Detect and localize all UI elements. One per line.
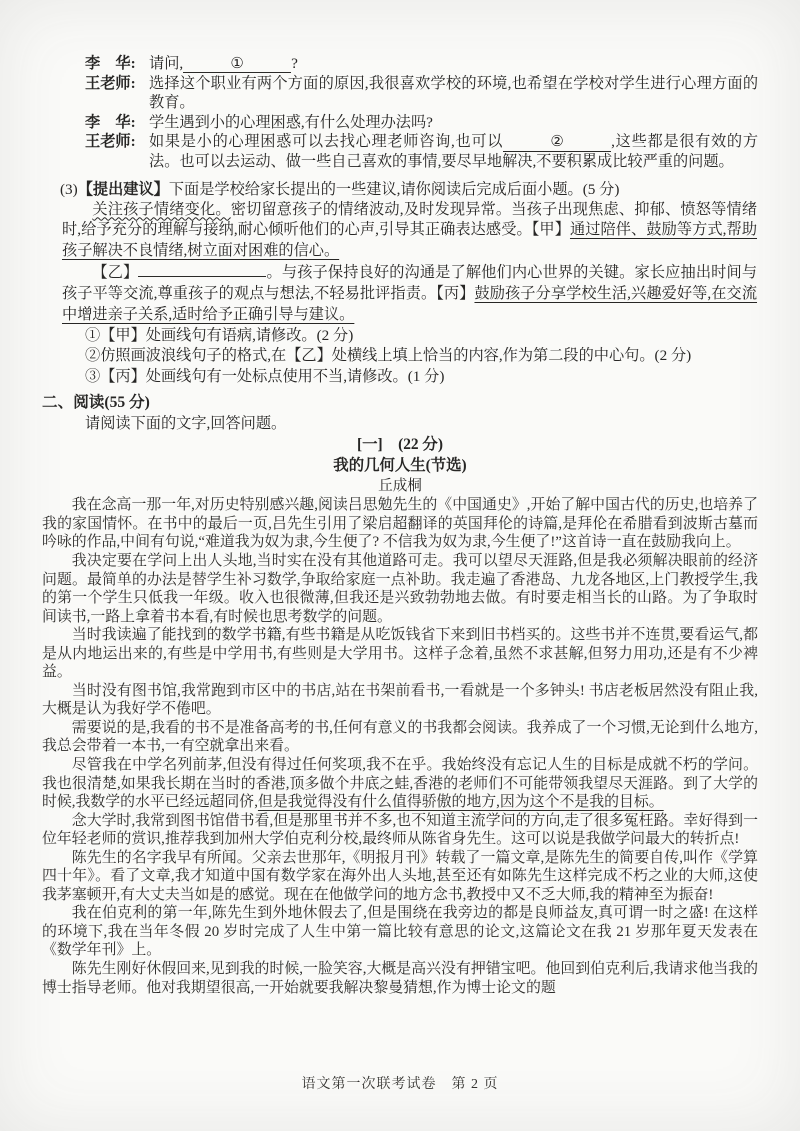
wavy-underlined-sentence: 关注孩子情绪变化。 bbox=[92, 201, 230, 218]
paragraph-text: 念大学时,我常到图书馆借书看,但是那里书并不多,也不知道主流学问的方向,走了很多… bbox=[42, 813, 758, 848]
suggestion-heading-text: 下面是学校给家长提出的一些建议,请你阅读后完成后面小题。(5 分) bbox=[169, 181, 620, 198]
essay-author: 丘成桐 bbox=[42, 476, 758, 496]
dialogue-section: 李 华: 请问,①? 王老师: 选择这个职业有两个方面的原因,我很喜欢学校的环境… bbox=[85, 54, 758, 172]
paragraph-text: 我在伯克利的第一年,陈先生到外地休假去了,但是围绕在我旁边的都是良师益友,真可谓… bbox=[42, 905, 758, 958]
paragraph-text: 陈先生刚好休假回来,见到我的时候,一脸笑容,大概是高兴没有押错宝吧。他回到伯克利… bbox=[42, 961, 758, 996]
bracket-bing-label: 【丙】 bbox=[436, 285, 474, 302]
dialogue-text-post: ? bbox=[291, 55, 298, 72]
essay-title: 我的几何人生(节选) bbox=[42, 455, 758, 476]
bracket-yi-label: 【乙】 bbox=[92, 264, 138, 281]
sub-question-2: ②仿照画波浪线句子的格式,在【乙】处横线上填上恰当的内容,作为第二段的中心句。(… bbox=[85, 346, 758, 367]
paragraph-text: 需要说的是,我看的书不是准备高考的书,任何有意义的书我都会阅读。我养成了一个习惯… bbox=[42, 720, 758, 755]
essay-paragraph-5: 需要说的是,我看的书不是准备高考的书,任何有意义的书我都会阅读。我养成了一个习惯… bbox=[42, 719, 758, 756]
paragraph-text: 陈先生的名字我早有所闻。父亲去世那年,《明报月刊》转载了一篇文章,是陈先生的简要… bbox=[42, 850, 758, 903]
speaker-label: 王老师: bbox=[85, 74, 149, 113]
reading-section: 二、阅读(55 分) 请阅读下面的文字,回答问题。 [一] (22 分) 我的几… bbox=[42, 392, 758, 997]
speaker-label: 李 华: bbox=[85, 54, 149, 74]
dialogue-row: 李 华: 请问,①? bbox=[85, 54, 758, 74]
suggestion-heading: (3)【提出建议】下面是学校给家长提出的一些建议,请你阅读后完成后面小题。(5 … bbox=[60, 179, 758, 200]
yi-blank-line bbox=[138, 262, 266, 277]
fill-blank-1: ① bbox=[183, 56, 291, 73]
dialogue-text: 请问,①? bbox=[149, 54, 758, 74]
dialogue-text-pre: 请问, bbox=[149, 55, 183, 72]
dialogue-text: 如果是小的心理困惑可以去找心理老师咨询,也可以②,这些都是很有效的方法。也可以去… bbox=[149, 132, 758, 171]
paragraph-text: 当时我读遍了能找到的数学书籍,有些书籍是从吃饭钱省下来到旧书档买的。这些书并不连… bbox=[42, 627, 758, 680]
essay-paragraph-3: 当时我读遍了能找到的数学书籍,有些书籍是从吃饭钱省下来到旧书档买的。这些书并不连… bbox=[42, 626, 758, 682]
dialogue-row: 王老师: 如果是小的心理困惑可以去找心理老师咨询,也可以②,这些都是很有效的方法… bbox=[85, 132, 758, 171]
speaker-label: 李 华: bbox=[85, 113, 149, 133]
suggestion-bracket-label: 【提出建议】 bbox=[78, 181, 169, 198]
paragraph-text: 当时没有图书馆,我常跑到市区中的书店,站在书架前看书,一看就是一个多钟头! 书店… bbox=[42, 683, 758, 718]
suggestion-paragraph-1: 关注孩子情绪变化。密切留意孩子的情绪波动,及时发现异常。当孩子出现焦虑、抑郁、愤… bbox=[62, 200, 757, 262]
sub-question-1: ①【甲】处画线句有语病,请修改。(2 分) bbox=[85, 326, 758, 347]
bracket-jia-label: 【甲】 bbox=[532, 221, 570, 238]
essay-paragraph-10: 陈先生刚好休假回来,见到我的时候,一脸笑容,大概是高兴没有押错宝吧。他回到伯克利… bbox=[42, 960, 758, 997]
piece-number: [一] (22 分) bbox=[42, 434, 758, 455]
exam-page: 李 华: 请问,①? 王老师: 选择这个职业有两个方面的原因,我很喜欢学校的环境… bbox=[0, 0, 800, 1131]
essay-paragraph-4: 当时没有图书馆,我常跑到市区中的书店,站在书架前看书,一看就是一个多钟头! 书店… bbox=[42, 682, 758, 719]
sub-question-3: ③【丙】处画线句有一处标点使用不当,请修改。(1 分) bbox=[85, 367, 758, 388]
essay-paragraph-7: 念大学时,我常到图书馆借书看,但是那里书并不多,也不知道主流学问的方向,走了很多… bbox=[42, 812, 758, 849]
essay-paragraph-6: 尽管我在中学名列前茅,但没有得过任何奖项,我不在乎。我始终没有忘记人生的目标是成… bbox=[42, 756, 758, 812]
fill-blank-2: ② bbox=[503, 134, 611, 151]
speaker-label: 王老师: bbox=[85, 132, 149, 171]
dialogue-text-pre: 如果是小的心理困惑可以去找心理老师咨询,也可以 bbox=[149, 133, 503, 150]
reading-intro: 请阅读下面的文字,回答问题。 bbox=[85, 413, 758, 434]
dialogue-row: 王老师: 选择这个职业有两个方面的原因,我很喜欢学校的环境,也希望在学校对学生进… bbox=[85, 74, 758, 113]
dialogue-text: 选择这个职业有两个方面的原因,我很喜欢学校的环境,也希望在学校对学生进行心理方面… bbox=[149, 74, 758, 113]
essay-paragraph-9: 我在伯克利的第一年,陈先生到外地休假去了,但是围绕在我旁边的都是良师益友,真可谓… bbox=[42, 904, 758, 960]
page-footer: 语文第一次联考试卷 第 2 页 bbox=[0, 1073, 800, 1093]
underlined-sentence-essay: 但是我觉得没有什么值得骄傲的地方,因为这个不是我的目标。 bbox=[258, 794, 664, 810]
essay-paragraph-1: 我在念高一那一年,对历史特别感兴趣,阅读吕思勉先生的《中国通史》,开始了解中国古… bbox=[42, 496, 758, 552]
essay-paragraph-2: 我决定要在学问上出人头地,当时实在没有其他道路可走。我可以望尽天涯路,但是我必须… bbox=[42, 552, 758, 626]
reading-section-title: 二、阅读(55 分) bbox=[42, 392, 758, 413]
dialogue-text: 学生遇到小的心理困惑,有什么处理办法吗? bbox=[149, 113, 758, 133]
paragraph-text: 我在念高一那一年,对历史特别感兴趣,阅读吕思勉先生的《中国通史》,开始了解中国古… bbox=[42, 497, 758, 550]
suggestion-section: (3)【提出建议】下面是学校给家长提出的一些建议,请你阅读后完成后面小题。(5 … bbox=[42, 179, 758, 388]
paragraph-text: 我决定要在学问上出人头地,当时实在没有其他道路可走。我可以望尽天涯路,但是我必须… bbox=[42, 553, 758, 625]
question-number: (3) bbox=[60, 181, 78, 198]
suggestion-paragraph-2: 【乙】。与孩子保持良好的沟通是了解他们内心世界的关键。家长应抽出时间与孩子平等交… bbox=[62, 262, 757, 326]
dialogue-row: 李 华: 学生遇到小的心理困惑,有什么处理办法吗? bbox=[85, 113, 758, 133]
essay-paragraph-8: 陈先生的名字我早有所闻。父亲去世那年,《明报月刊》转载了一篇文章,是陈先生的简要… bbox=[42, 849, 758, 905]
